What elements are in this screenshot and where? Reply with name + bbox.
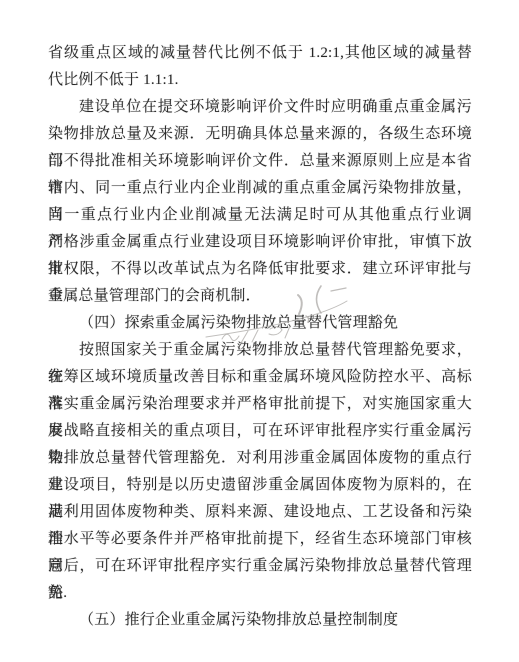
text-line: 意后，可在环评审批程序实行重金属污染物排放总量替代管理豁	[48, 553, 472, 580]
section-heading-4: （四）探索重金属污染物排放总量替代管理豁免	[48, 310, 472, 337]
text-line: 统筹区域环境质量改善目标和重金属环境风险防控水平、高标准	[48, 364, 472, 391]
document-page: 省级重点区域的减量替代比例不低于 1.2:1,其他区域的减量替 代比例不低于 1…	[0, 0, 519, 662]
section-heading-5: （五）推行企业重金属污染物排放总量控制制度	[48, 607, 472, 634]
text-line: 足利用固体废物种类、原料来源、建设地点、工艺设备和污染治	[48, 499, 472, 526]
text-line: 省级重点区域的减量替代比例不低于 1.2:1,其他区域的减量替	[48, 40, 472, 67]
text-line: 理水平等必要条件并严格审批前提下，经省生态环境部门审核同	[48, 526, 472, 553]
text-line: 建设项目，特别是以历史遗留涉重金属固体废物为原料的，在满	[48, 472, 472, 499]
text-line: 展战略直接相关的重点项目，可在环评审批程序实行重金属污染	[48, 418, 472, 445]
text-line: 批权限，不得以改革试点为名降低审批要求．建立环评审批与重	[48, 256, 472, 283]
text-line: 市内、同一重点行业内企业削减的重点重金属污染物排放量，当	[48, 175, 472, 202]
text-line: 严格涉重金属重点行业建设项目环境影响评价审批，审慎下放审	[48, 229, 472, 256]
text-line: 落实重金属污染治理要求并严格审批前提下，对实施国家重大发	[48, 391, 472, 418]
text-line: 金属总量管理部门的会商机制．	[48, 283, 472, 310]
text-line: 代比例不低于 1.1:1.	[48, 67, 472, 94]
text-line: 建设单位在提交环境影响评价文件时应明确重点重金属污	[48, 94, 472, 121]
text-line: 按照国家关于重金属污染物排放总量替代管理豁免要求，在	[48, 337, 472, 364]
text-line: 染物排放总量及来源．无明确具体总量来源的，各级生态环境部	[48, 121, 472, 148]
text-line: 免.	[48, 580, 472, 607]
text-line: 同一重点行业内企业削减量无法满足时可从其他重点行业调剂．	[48, 202, 472, 229]
text-line: 门不得批准相关环境影响评价文件．总量来源原则上应是本省辖	[48, 148, 472, 175]
document-text-block: 省级重点区域的减量替代比例不低于 1.2:1,其他区域的减量替 代比例不低于 1…	[48, 40, 472, 634]
text-line: 物排放总量替代管理豁免．对利用涉重金属固体废物的重点行业	[48, 445, 472, 472]
